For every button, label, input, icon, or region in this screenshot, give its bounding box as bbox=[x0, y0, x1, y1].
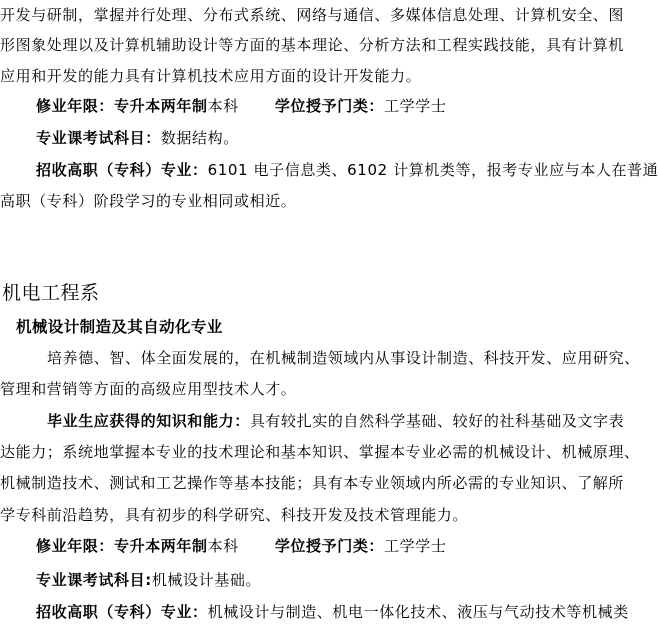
abilities-row: 毕业生应获得的知识和能力：具有较扎实的自然科学基础、较好的社科基础及文字表 bbox=[47, 411, 624, 431]
major-title: 机械设计制造及其自动化专业 bbox=[16, 317, 223, 337]
exam-subject-label: 专业课考试科目： bbox=[36, 129, 161, 147]
degree-label: 学位授予门类： bbox=[275, 537, 384, 555]
duration-label: 修业年限：专升本两年制 bbox=[36, 97, 208, 115]
duration-degree-row: 修业年限：专升本两年制本科学位授予门类：工学学士 bbox=[36, 96, 446, 116]
enrollment-row: 招收高职（专科）专业：机械设计与制造、机电一体化技术、液压与气动技术等机械类 bbox=[36, 602, 629, 622]
duration-value: 本科 bbox=[208, 97, 239, 115]
paragraph-line: 开发与研制，掌握并行处理、分布式系统、网络与通信、多媒体信息处理、计算机安全、图 bbox=[0, 5, 624, 25]
duration-degree-row: 修业年限：专升本两年制本科学位授予门类：工学学士 bbox=[36, 536, 446, 556]
enrollment-label: 招收高职（专科）专业： bbox=[36, 603, 208, 621]
enrollment-continuation: 高职（专科）阶段学习的专业相同或相近。 bbox=[0, 191, 296, 211]
enrollment-row: 招收高职（专科）专业：6101 电子信息类、6102 计算机类等，报考专业应与本… bbox=[36, 160, 658, 180]
objective-line: 培养德、智、体全面发展的，在机械制造领域内从事设计制造、科技开发、应用研究、 bbox=[47, 348, 640, 368]
abilities-line: 机械制造技术、测试和工艺操作等基本技能；具有本专业领域内所必需的专业知识、了解所 bbox=[0, 473, 624, 493]
exam-subject-label: 专业课考试科目: bbox=[36, 571, 152, 589]
department-title: 机电工程系 bbox=[2, 281, 100, 305]
abilities-line: 学专科前沿趋势，具有初步的科学研究、科技开发及技术管理能力。 bbox=[0, 505, 468, 525]
enrollment-value: 机械设计与制造、机电一体化技术、液压与气动技术等机械类 bbox=[208, 603, 629, 621]
abilities-text: 具有较扎实的自然科学基础、较好的社科基础及文字表 bbox=[250, 412, 624, 430]
abilities-line: 达能力；系统地掌握本专业的技术理论和基本知识、掌握本专业必需的机械设计、机械原理… bbox=[0, 442, 640, 462]
exam-subject-row: 专业课考试科目:机械设计基础。 bbox=[36, 570, 261, 590]
paragraph-line: 应用和开发的能力具有计算机技术应用方面的设计开发能力。 bbox=[0, 66, 421, 86]
exam-subject-row: 专业课考试科目：数据结构。 bbox=[36, 128, 239, 148]
enrollment-value: 6101 电子信息类、6102 计算机类等，报考专业应与本人在普通 bbox=[208, 161, 659, 179]
objective-line: 管理和营销等方面的高级应用型技术人才。 bbox=[0, 379, 296, 399]
exam-subject-value: 数据结构。 bbox=[161, 129, 239, 147]
degree-value: 工学学士 bbox=[384, 97, 446, 115]
duration-value: 本科 bbox=[208, 537, 239, 555]
duration-label: 修业年限：专升本两年制 bbox=[36, 537, 208, 555]
exam-subject-value: 机械设计基础。 bbox=[152, 571, 261, 589]
degree-value: 工学学士 bbox=[384, 537, 446, 555]
paragraph-line: 形图象处理以及计算机辅助设计等方面的基本理论、分析方法和工程实践技能，具有计算机 bbox=[0, 35, 624, 55]
abilities-label: 毕业生应获得的知识和能力： bbox=[47, 412, 250, 430]
enrollment-label: 招收高职（专科）专业： bbox=[36, 161, 208, 179]
degree-label: 学位授予门类： bbox=[275, 97, 384, 115]
